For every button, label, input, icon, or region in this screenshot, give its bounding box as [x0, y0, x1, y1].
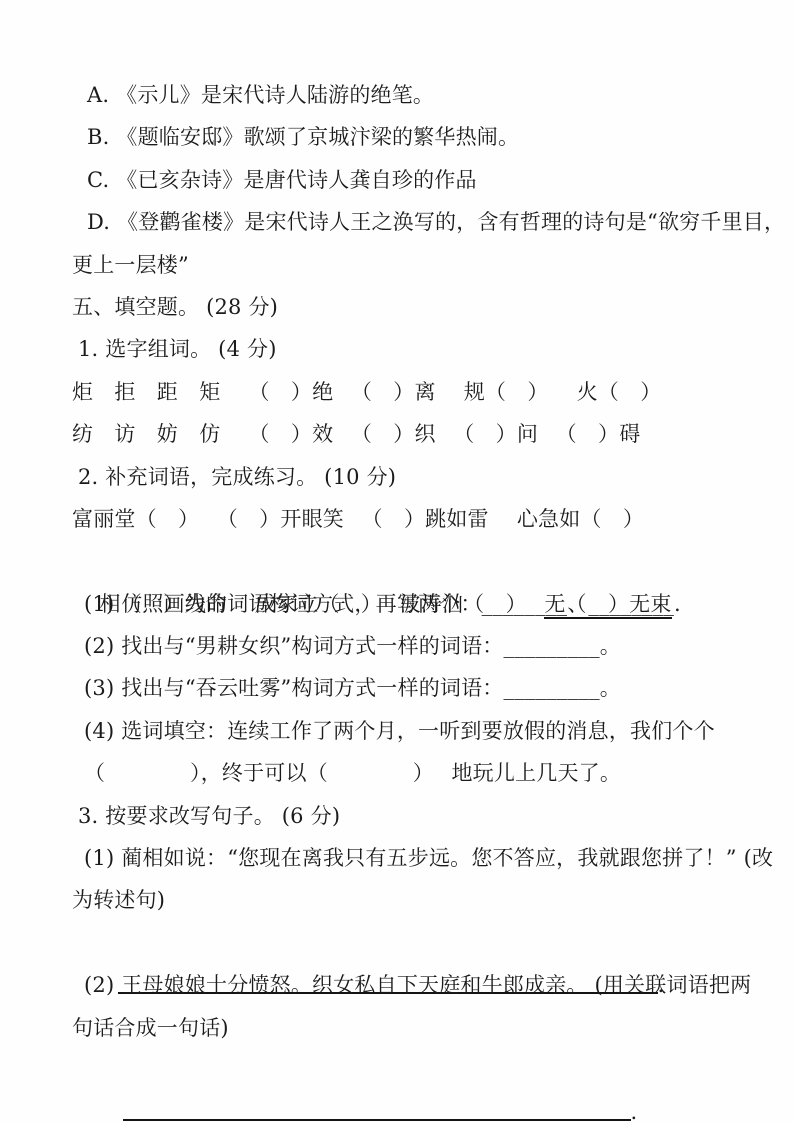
- question-2-sub-4-continuation: （ ），终于可以（ ） 地玩儿上几天了。: [0, 752, 793, 794]
- question-2-sub-1: (1) 仿照画线的词语构词方式，再写两个：________、________.: [0, 583, 793, 625]
- question-3-sub-1-continuation: 为转述句): [0, 879, 793, 921]
- option-d: D. 《登鹳雀楼》是宋代诗人王之涣写的，含有哲理的诗句是“欲穷千里目，: [0, 201, 793, 243]
- question-1-row-1: 炬 拒 距 矩 （ ）绝 （ ）离 规（ ） 火（ ）: [0, 371, 793, 413]
- section-five-heading: 五、填空题。 (28 分): [0, 286, 793, 328]
- question-3-sub-2-continuation: 句话合成一句话): [0, 1007, 793, 1049]
- question-2-row-1: 富丽堂（ ） （ ）开眼笑 （ ）跳如雷 心急如（ ）: [0, 498, 793, 540]
- question-1-row-2: 纺 访 妨 仿 （ ）效 （ ）织 （ ）问 （ ）碍: [0, 413, 793, 455]
- exam-document-page: A. 《示儿》是宋代诗人陆游的绝笔。 B. 《题临安邸》歌颂了京城汴梁的繁华热闹…: [0, 0, 793, 1122]
- question-3-sub-2-answer-row: .: [0, 1049, 793, 1091]
- option-a: A. 《示儿》是宋代诗人陆游的绝笔。: [0, 74, 793, 116]
- question-1-heading: 1. 选字组词。 (4 分): [0, 328, 793, 370]
- question-2-sub-4: (4) 选词填空：连续工作了两个月，一听到要放假的消息，我们个个: [0, 710, 793, 752]
- question-3-sub-1: (1) 蔺相如说：“您现在离我只有五步远。您不答应，我就跟您拼了！” (改: [0, 837, 793, 879]
- option-b: B. 《题临安邸》歌颂了京城汴梁的繁华热闹。: [0, 116, 793, 158]
- question-2-sub-2: (2) 找出与“男耕女织”构词方式一样的词语：_________。: [0, 625, 793, 667]
- answer-blank-line-2: [123, 1105, 631, 1121]
- option-d-continuation: 更上一层楼”: [0, 244, 793, 286]
- option-c: C. 《已亥杂诗》是唐代诗人龚自珍的作品: [0, 159, 793, 201]
- question-2-sub-3: (3) 找出与“吞云吐雾”构词方式一样的词语：_________。: [0, 667, 793, 709]
- question-2-heading: 2. 补充词语，完成练习。 (10 分): [0, 456, 793, 498]
- question-3-heading: 3. 按要求改写句子。 (6 分): [0, 795, 793, 837]
- answer-blank-2-period: .: [631, 1100, 638, 1122]
- question-3-sub-2: (2) 王母娘娘十分愤怒。织女私自下天庭和牛郎成亲。 (用关联词语把两: [0, 964, 793, 1006]
- question-3-sub-1-answer-row: .: [0, 922, 793, 964]
- question-2-row-2: 相（ ）为命 成家立（ ） 波涛汹（ ） 无（ ）无束: [0, 540, 793, 582]
